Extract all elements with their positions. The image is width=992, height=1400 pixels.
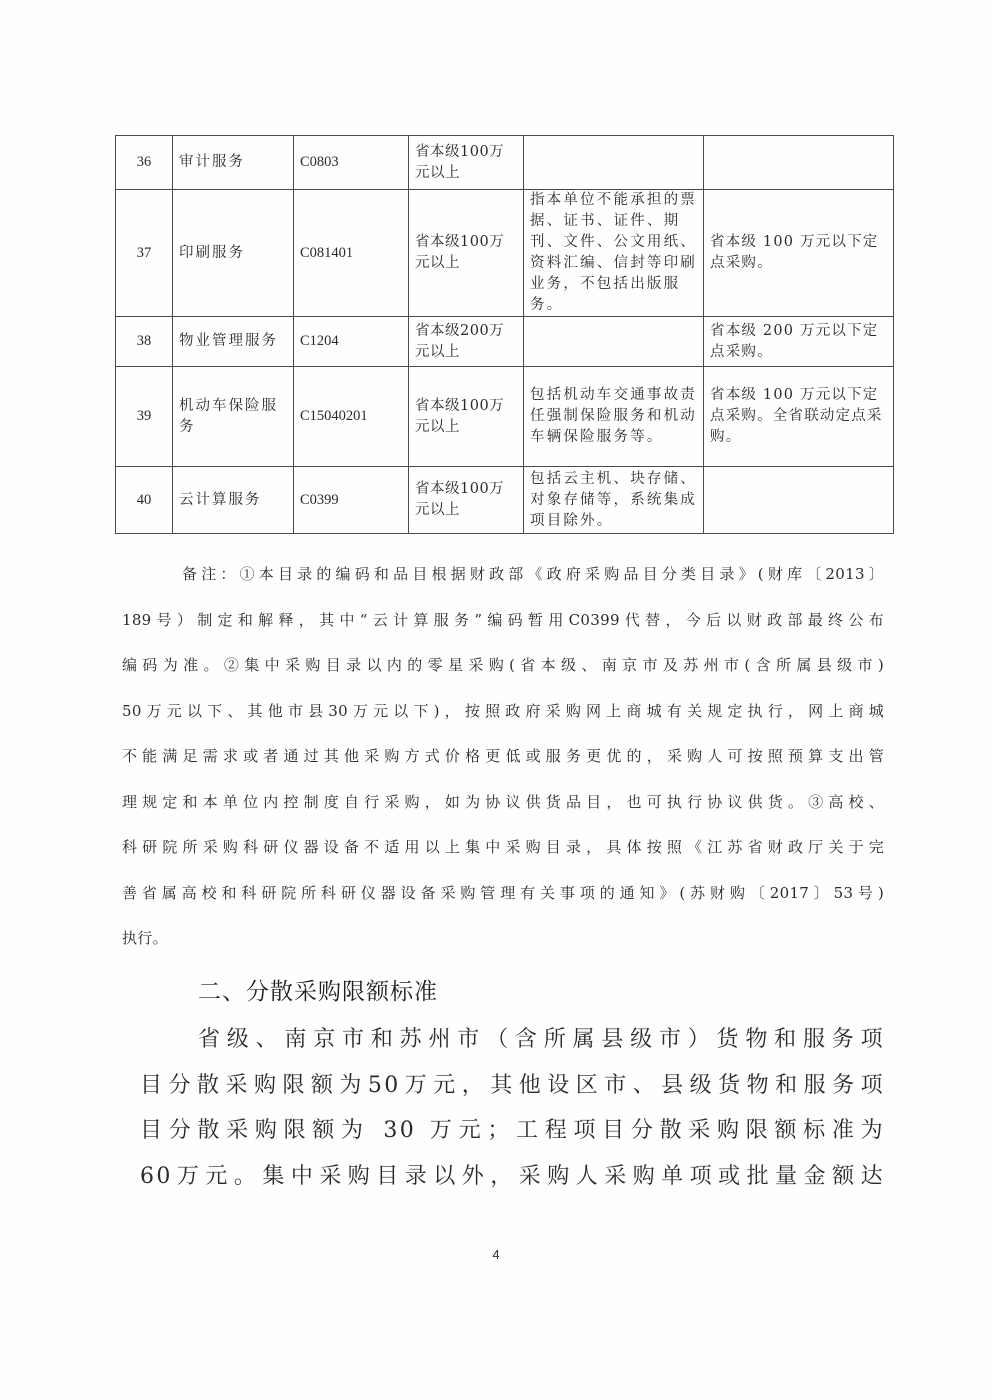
item-remark: 省本级 100 万元以下定点采购。全省联动定点采购。 — [704, 367, 894, 467]
note-line: 编码为准。②集中采购目录以内的零星采购(省本级、南京市及苏州市(含所属县级市) — [122, 643, 884, 689]
item-code: C0803 — [294, 136, 409, 190]
limit-line-2: 元以上 — [415, 419, 460, 435]
item-scope — [524, 136, 704, 190]
procurement-catalog-table: 36 审计服务 C0803 省本级100万元以上 37 印刷服务 C081401… — [115, 135, 894, 534]
table-row: 38 物业管理服务 C1204 省本级200万元以上 省本级 200 万元以下定… — [116, 317, 894, 367]
limit-line-1: 省本级100万 — [415, 481, 504, 497]
item-name: 云计算服务 — [173, 467, 294, 534]
item-code: C15040201 — [294, 367, 409, 467]
note-line: 不能满足需求或者通过其他采购方式价格更低或服务更优的，采购人可按照预算支出管 — [122, 734, 884, 780]
item-name: 机动车保险服务 — [173, 367, 294, 467]
limit-line-2: 元以上 — [415, 344, 460, 360]
table-row: 39 机动车保险服务 C15040201 省本级100万元以上 包括机动车交通事… — [116, 367, 894, 467]
row-number: 37 — [116, 190, 173, 317]
body-line: 省级、南京市和苏州市（含所属县级市）货物和服务项 — [140, 1017, 885, 1063]
item-code: C0399 — [294, 467, 409, 534]
item-scope: 包括云主机、块存储、对象存储等，系统集成项目除外。 — [524, 467, 704, 534]
item-limit: 省本级100万元以上 — [409, 190, 524, 317]
section-heading: 二、分散采购限额标准 — [198, 973, 438, 1006]
note-line: 执行。 — [122, 916, 884, 962]
item-scope — [524, 317, 704, 367]
limit-line-1: 省本级200万 — [415, 323, 504, 339]
note-line: 科研院所采购科研仪器设备不适用以上集中采购目录，具体按照《江苏省财政厅关于完 — [122, 825, 884, 871]
table-notes: 备注：①本目录的编码和品目根据财政部《政府采购品目分类目录》(财库〔2013〕 … — [122, 552, 884, 962]
table-row: 40 云计算服务 C0399 省本级100万元以上 包括云主机、块存储、对象存储… — [116, 467, 894, 534]
item-name: 审计服务 — [173, 136, 294, 190]
body-line: 目分散采购限额为50万元，其他设区市、县级货物和服务项 — [140, 1063, 885, 1109]
item-name: 印刷服务 — [173, 190, 294, 317]
item-remark — [704, 467, 894, 534]
item-scope: 指本单位不能承担的票据、证书、证件、期刊、文件、公文用纸、资料汇编、信封等印刷业… — [524, 190, 704, 317]
note-line: 50万元以下、其他市县30万元以下)，按照政府采购网上商城有关规定执行，网上商城 — [122, 689, 884, 735]
note-line: 理规定和本单位内控制度自行采购，如为协议供货品目，也可执行协议供货。③高校、 — [122, 780, 884, 826]
item-code: C1204 — [294, 317, 409, 367]
body-line: 目分散采购限额为 30 万元；工程项目分散采购限额标准为 — [140, 1108, 885, 1154]
row-number: 40 — [116, 467, 173, 534]
page-number: 4 — [0, 1247, 992, 1262]
body-paragraph: 省级、南京市和苏州市（含所属县级市）货物和服务项 目分散采购限额为50万元，其他… — [140, 1017, 885, 1199]
row-number: 36 — [116, 136, 173, 190]
item-code: C081401 — [294, 190, 409, 317]
item-limit: 省本级100万元以上 — [409, 367, 524, 467]
row-number: 39 — [116, 367, 173, 467]
item-limit: 省本级200万元以上 — [409, 317, 524, 367]
limit-line-1: 省本级100万 — [415, 234, 504, 250]
item-remark: 省本级 100 万元以下定点采购。 — [704, 190, 894, 317]
item-limit: 省本级100万元以上 — [409, 136, 524, 190]
note-line: 备注：①本目录的编码和品目根据财政部《政府采购品目分类目录》(财库〔2013〕 — [122, 552, 884, 598]
limit-line-1: 省本级100万 — [415, 398, 504, 414]
document-page: 36 审计服务 C0803 省本级100万元以上 37 印刷服务 C081401… — [0, 0, 992, 1400]
item-name: 物业管理服务 — [173, 317, 294, 367]
body-line: 60万元。集中采购目录以外，采购人采购单项或批量金额达 — [140, 1154, 885, 1200]
note-line: 善省属高校和科研院所科研仪器设备采购管理有关事项的通知》(苏财购〔2017〕53… — [122, 871, 884, 917]
table-row: 37 印刷服务 C081401 省本级100万元以上 指本单位不能承担的票据、证… — [116, 190, 894, 317]
item-limit: 省本级100万元以上 — [409, 467, 524, 534]
item-scope: 包括机动车交通事故责任强制保险服务和机动车辆保险服务等。 — [524, 367, 704, 467]
note-line: 189号）制定和解释，其中“云计算服务”编码暂用C0399代替，今后以财政部最终… — [122, 598, 884, 644]
item-remark — [704, 136, 894, 190]
limit-line-1: 省本级100万 — [415, 144, 504, 160]
row-number: 38 — [116, 317, 173, 367]
table-row: 36 审计服务 C0803 省本级100万元以上 — [116, 136, 894, 190]
limit-line-2: 元以上 — [415, 165, 460, 181]
limit-line-2: 元以上 — [415, 502, 460, 518]
limit-line-2: 元以上 — [415, 255, 460, 271]
item-remark: 省本级 200 万元以下定点采购。 — [704, 317, 894, 367]
